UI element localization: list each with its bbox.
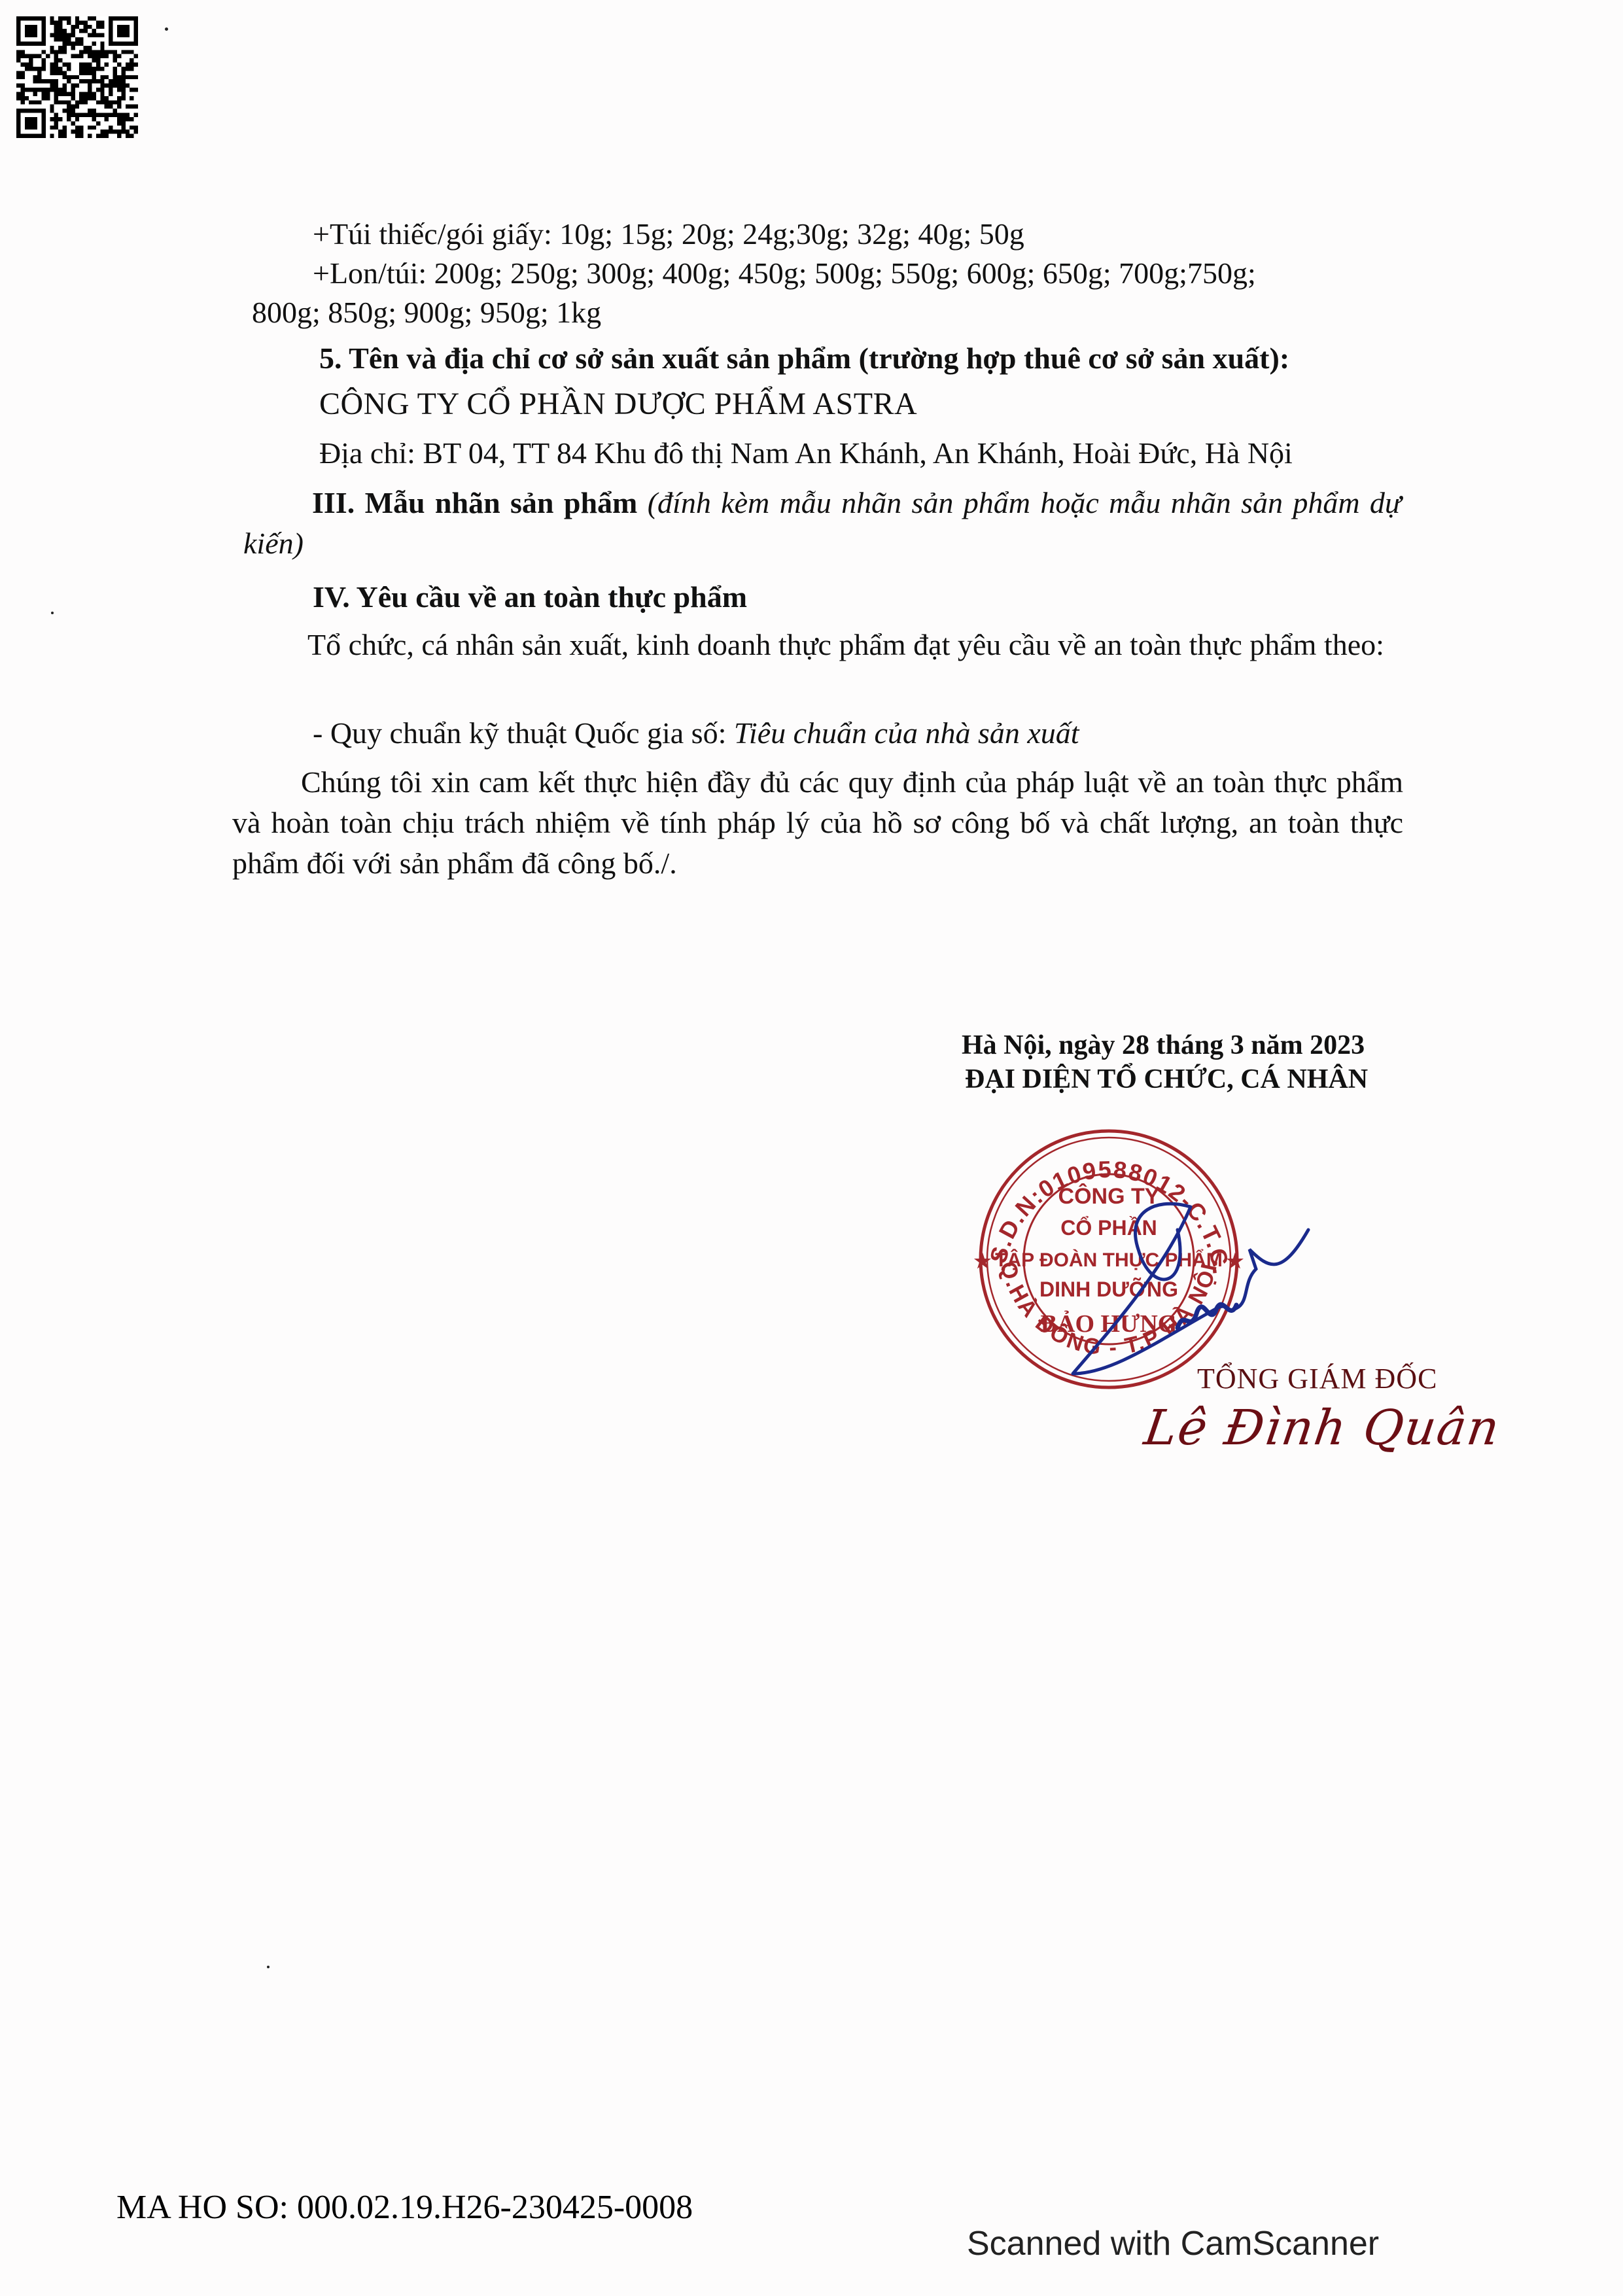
signer-role: TỔNG GIÁM ĐỐC: [1197, 1362, 1437, 1395]
standard-label: - Quy chuẩn kỹ thuật Quốc gia số:: [313, 716, 734, 750]
scan-speck: [267, 1966, 270, 1968]
section3-heading: III. Mẫu nhãn sản phẩm: [312, 486, 637, 519]
qr-code: [16, 16, 138, 138]
packaging-tin-bag: +Túi thiếc/gói giấy: 10g; 15g; 20g; 24g;…: [313, 216, 1024, 252]
manufacturer-name: CÔNG TY CỔ PHẦN DƯỢC PHẨM ASTRA: [319, 386, 917, 423]
company-stamp: M.S.D.N:0109588012-C.T.C.P Q.HÀ ĐÔNG - T…: [942, 1112, 1295, 1393]
section3: III. Mẫu nhãn sản phẩm (đính kèm mẫu nhã…: [243, 483, 1401, 564]
packaging-can-bag: +Lon/túi: 200g; 250g; 300g; 400g; 450g; …: [313, 255, 1256, 292]
svg-text:CỔ PHẦN: CỔ PHẦN: [1060, 1216, 1157, 1240]
section4-paragraph: Tổ chức, cá nhân sản xuất, kinh doanh th…: [239, 625, 1403, 665]
svg-text:★: ★: [974, 1251, 992, 1272]
manufacturer-address: Địa chỉ: BT 04, TT 84 Khu đô thị Nam An …: [319, 435, 1293, 472]
camscanner-watermark: Scanned with CamScanner: [967, 2224, 1379, 2263]
svg-text:TẬP ĐOÀN THỰC PHẨM: TẬP ĐOÀN THỰC PHẨM: [995, 1249, 1223, 1271]
svg-text:★: ★: [1227, 1251, 1244, 1272]
section4-heading: IV. Yêu cầu về an toàn thực phẩm: [313, 579, 747, 616]
representative-title: ĐẠI DIỆN TỔ CHỨC, CÁ NHÂN: [965, 1062, 1368, 1096]
section5-heading: 5. Tên và địa chỉ cơ sở sản xuất sản phẩ…: [319, 340, 1289, 377]
standard-value: Tiêu chuẩn của nhà sản xuất: [734, 716, 1079, 750]
scan-speck: [165, 27, 168, 31]
scan-speck: [51, 612, 54, 614]
place-date: Hà Nội, ngày 28 tháng 3 năm 2023: [962, 1028, 1365, 1062]
dossier-code: MA HO SO: 000.02.19.H26-230425-0008: [116, 2188, 693, 2227]
section4-standard: - Quy chuẩn kỹ thuật Quốc gia số: Tiêu c…: [313, 715, 1079, 752]
commitment-paragraph: Chúng tôi xin cam kết thực hiện đầy đủ c…: [232, 762, 1403, 884]
svg-text:DINH DƯỠNG: DINH DƯỠNG: [1039, 1278, 1178, 1301]
document-page: +Túi thiếc/gói giấy: 10g; 15g; 20g; 24g;…: [0, 0, 1623, 2296]
svg-text:CÔNG TY: CÔNG TY: [1058, 1183, 1160, 1209]
packaging-can-bag-cont: 800g; 850g; 900g; 950g; 1kg: [252, 294, 601, 331]
signer-name: Lê Đình Quân: [1141, 1400, 1504, 1456]
